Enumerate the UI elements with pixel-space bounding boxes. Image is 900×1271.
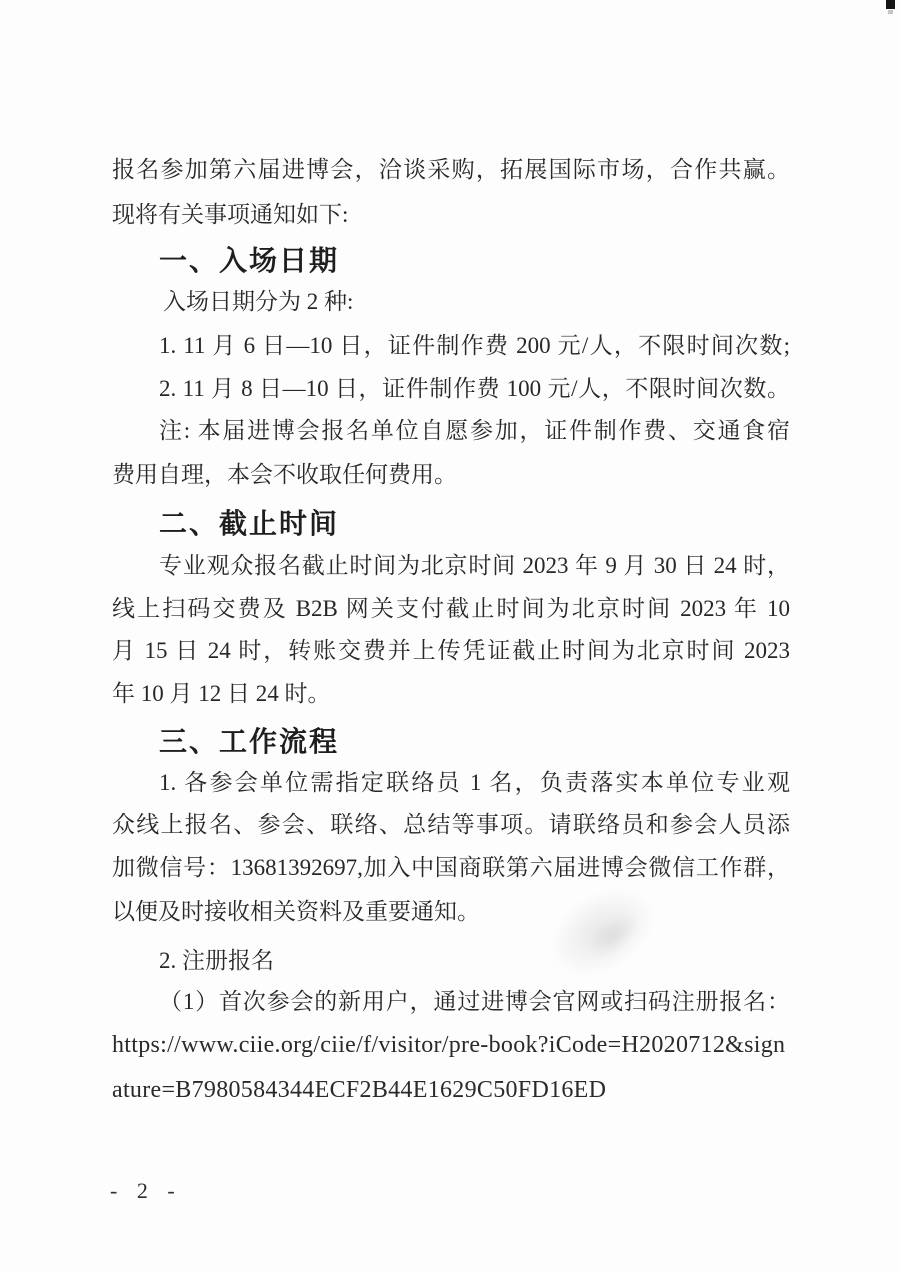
scan-artifact-corner-mark	[886, 0, 895, 9]
url-line: https://www.ciie.org/ciie/f/visitor/pre-…	[112, 1030, 790, 1061]
list-item: 2. 11 月 8 日—10 日，证件制作费 100 元/人，不限时间次数。	[112, 373, 790, 404]
section-heading: 二、截止时间	[112, 507, 790, 541]
body-line: 专业观众报名截止时间为北京时间 2023 年 9 月 30 日 24 时，	[112, 550, 790, 581]
body-line: 费用自理，本会不收取任何费用。	[112, 459, 790, 490]
body-line: 入场日期分为 2 种:	[112, 286, 790, 317]
body-line: 以便及时接收相关资料及重要通知。	[112, 896, 790, 927]
body-line: 众线上报名、参会、联络、总结等事项。请联络员和参会人员添	[112, 809, 790, 840]
section-heading: 三、工作流程	[112, 725, 790, 759]
body-line: 年 10 月 12 日 24 时。	[112, 678, 790, 709]
list-item: 2. 注册报名	[112, 945, 790, 976]
page-number: - 2 -	[110, 1178, 182, 1204]
body-line: 加微信号：13681392697,加入中国商联第六届进博会微信工作群，	[112, 852, 790, 883]
scanned-document-page: 报名参加第六届进博会，洽谈采购，拓展国际市场，合作共赢。 现将有关事项通知如下:…	[0, 0, 900, 1271]
body-line: 月 15 日 24 时，转账交费并上传凭证截止时间为北京时间 2023	[112, 635, 790, 666]
body-line: 线上扫码交费及 B2B 网关支付截止时间为北京时间 2023 年 10	[112, 593, 790, 624]
list-item: 1. 各参会单位需指定联络员 1 名，负责落实本单位专业观	[112, 767, 790, 798]
body-line: 现将有关事项通知如下:	[112, 199, 790, 230]
section-heading: 一、入场日期	[112, 244, 790, 278]
body-line: 注: 本届进博会报名单位自愿参加，证件制作费、交通食宿	[112, 415, 790, 446]
body-line: （1）首次参会的新用户，通过进博会官网或扫码注册报名：	[112, 986, 790, 1017]
url-line: ature=B7980584344ECF2B44E1629C50FD16ED	[112, 1075, 790, 1106]
body-line: 报名参加第六届进博会，洽谈采购，拓展国际市场，合作共赢。	[112, 154, 790, 185]
list-item: 1. 11 月 6 日—10 日，证件制作费 200 元/人，不限时间次数;	[112, 330, 790, 361]
